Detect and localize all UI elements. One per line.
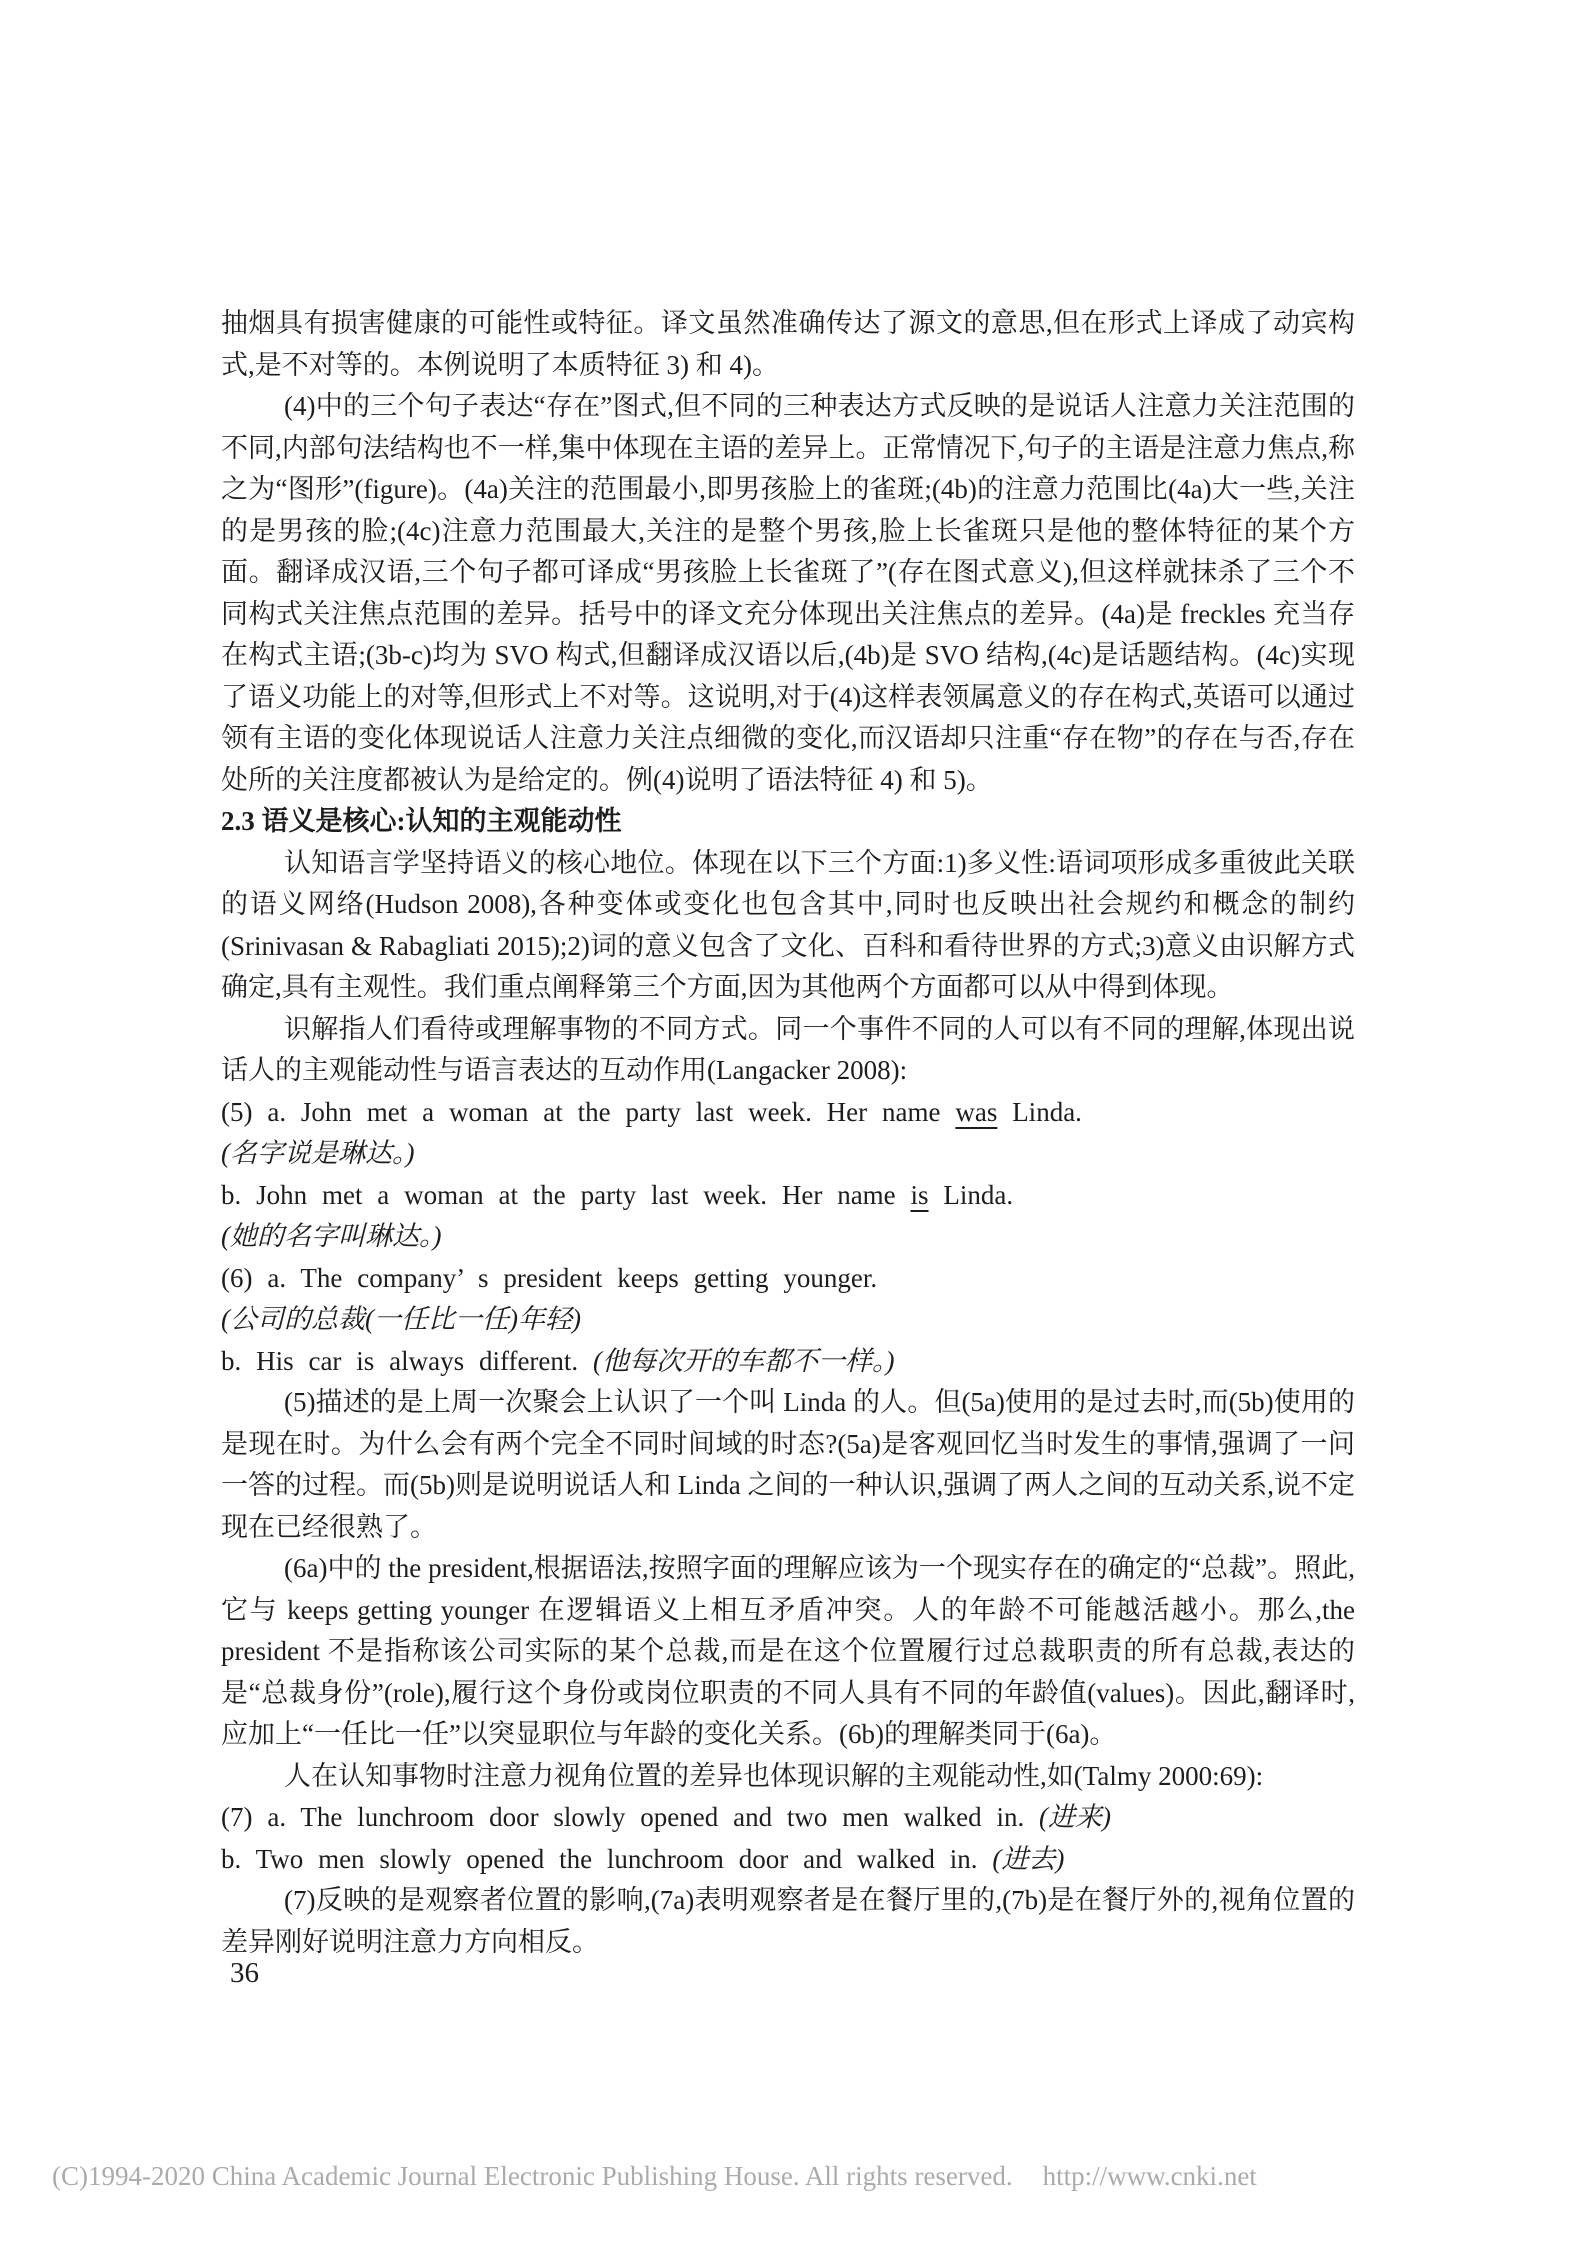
paragraph-semantics-core: 认知语言学坚持语义的核心地位。体现在以下三个方面:1)多义性:语词项形成多重彼此… (221, 843, 1355, 1009)
example-6b-line: b. His car is always different. (他每次开的车都… (221, 1341, 1355, 1383)
example-5a-post: Linda. (997, 1097, 1082, 1127)
example-5b-underlined-word: is (911, 1180, 929, 1210)
example-5a-english: (5) a. John met a woman at the party las… (221, 1092, 1355, 1134)
example-6a-english: (6) a. The company’ s president keeps ge… (221, 1258, 1355, 1300)
paragraph-smoking-conclusion: 抽烟具有损害健康的可能性或特征。译文虽然准确传达了源文的意思,但在形式上译成了动… (221, 303, 1355, 386)
paragraph-example6-discussion: (6a)中的 the president,根据语法,按照字面的理解应该为一个现实… (221, 1548, 1355, 1756)
example-5b-pre: b. John met a woman at the party last we… (221, 1180, 911, 1210)
example-7a-line: (7) a. The lunchroom door slowly opened … (221, 1797, 1355, 1839)
example-7a-english: (7) a. The lunchroom door slowly opened … (221, 1802, 1039, 1832)
watermark-footer: (C)1994-2020 China Academic Journal Elec… (52, 2160, 1257, 2192)
example-5b-english: b. John met a woman at the party last we… (221, 1175, 1355, 1217)
example-5a-pre: (5) a. John met a woman at the party las… (221, 1097, 955, 1127)
example-7a-translation: (进来) (1039, 1802, 1111, 1832)
paragraph-example4-analysis: (4)中的三个句子表达“存在”图式,但不同的三种表达方式反映的是说话人注意力关注… (221, 386, 1355, 801)
example-6a-translation: (公司的总裁(一任比一任)年轻) (221, 1299, 1355, 1341)
example-5a-translation: (名字说是琳达。) (221, 1133, 1355, 1175)
paragraph-example5-discussion: (5)描述的是上周一次聚会上认识了一个叫 Linda 的人。但(5a)使用的是过… (221, 1382, 1355, 1548)
paragraph-construal-intro: 识解指人们看待或理解事物的不同方式。同一个事件不同的人可以有不同的理解,体现出说… (221, 1009, 1355, 1092)
page-number: 36 (230, 1956, 259, 1990)
example-5b-post: Linda. (929, 1180, 1014, 1210)
example-5a-underlined-word: was (955, 1097, 997, 1127)
paragraph-perspective-intro: 人在认知事物时注意力视角位置的差异也体现识解的主观能动性,如(Talmy 200… (221, 1756, 1355, 1798)
cnki-url: http://www.cnki.net (1043, 2161, 1257, 2191)
example-7b-english: b. Two men slowly opened the lunchroom d… (221, 1844, 992, 1874)
document-page: 抽烟具有损害健康的可能性或特征。译文虽然准确传达了源文的意思,但在形式上译成了动… (0, 0, 1587, 2245)
example-5b-translation: (她的名字叫琳达。) (221, 1216, 1355, 1258)
page-body: 抽烟具有损害健康的可能性或特征。译文虽然准确传达了源文的意思,但在形式上译成了动… (221, 303, 1355, 1963)
copyright-text: (C)1994-2020 China Academic Journal Elec… (52, 2161, 1013, 2191)
example-7b-line: b. Two men slowly opened the lunchroom d… (221, 1839, 1355, 1881)
example-6b-translation: (他每次开的车都不一样。) (593, 1346, 894, 1376)
paragraph-example7-discussion: (7)反映的是观察者位置的影响,(7a)表明观察者是在餐厅里的,(7b)是在餐厅… (221, 1880, 1355, 1963)
example-6b-english: b. His car is always different. (221, 1346, 593, 1376)
example-7b-translation: (进去) (992, 1844, 1064, 1874)
section-heading-2-3: 2.3 语义是核心:认知的主观能动性 (221, 801, 1355, 843)
